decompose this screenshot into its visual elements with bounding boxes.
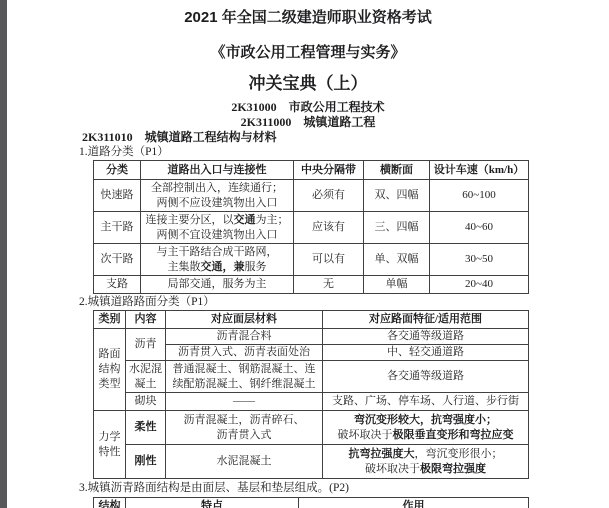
col-header-access: 道路出入口与连接性 (141, 161, 294, 180)
cell-median: 应该有 (294, 212, 364, 244)
col-header-class: 分类 (94, 161, 141, 180)
table-header-row: 分类 道路出入口与连接性 中央分隔带 横断面 设计车速（km/h） (94, 161, 529, 180)
cell-content-cement: 水泥混凝土 (126, 361, 166, 393)
col-header-median: 中央分隔带 (294, 161, 364, 180)
subchapter-code-line: 2K311000 城镇道路工程 (7, 115, 609, 129)
heading-asphalt-structure: 3.城镇沥青路面结构是由面层、基层和垫层组成。(P2) (79, 481, 609, 496)
cell-class: 快速路 (94, 180, 141, 212)
col-header-feature-scope: 对应路面特征/适用范围 (323, 311, 529, 329)
col-header-design-speed: 设计车速（km/h） (430, 161, 529, 180)
cell-content-rigid: 刚性 (126, 445, 166, 479)
cell-cross-section: 单、双幅 (364, 244, 430, 276)
table-row: 主干路 连接主要分区，以交通为主；两侧不宜设建筑物出入口 应该有 三、四幅 40… (94, 212, 529, 244)
chapter-code-line: 2K31000 市政公用工程技术 (7, 100, 609, 115)
cell-median: 无 (294, 276, 364, 294)
cell-median: 必须有 (294, 180, 364, 212)
cell-feature: 抗弯拉强度大，弯沉变形很小；破坏取决于极限弯拉强度 (323, 445, 529, 479)
cell-cross-section: 单幅 (364, 276, 430, 294)
pavement-classification-table: 类别 内容 对应面层材料 对应路面特征/适用范围 路面结构类型 沥青 沥青混合料… (93, 310, 529, 479)
cell-material: 沥青混凝土，沥青碎石、沥青贯入式 (166, 411, 323, 445)
road-classification-table: 分类 道路出入口与连接性 中央分隔带 横断面 设计车速（km/h） 快速路 全部… (93, 160, 529, 294)
section-code-line: 2K311010 城镇道路工程结构与材料 (82, 130, 609, 144)
cell-class: 次干路 (94, 244, 141, 276)
cell-median: 可以有 (294, 244, 364, 276)
col-header-category: 类别 (94, 311, 126, 329)
table-row: 路面结构类型 沥青 沥青混合料 各交通等级道路 (94, 329, 529, 345)
table-header-row: 类别 内容 对应面层材料 对应路面特征/适用范围 (94, 311, 529, 329)
cell-design-speed: 60~100 (430, 180, 529, 212)
asphalt-structure-table: 结构 特点 作用 (93, 497, 529, 508)
cell-material: —— (166, 393, 323, 411)
col-header-surface-material: 对应面层材料 (166, 311, 323, 329)
cell-feature: 各交通等级道路 (323, 329, 529, 345)
book-title: 《市政公用工程管理与实务》 (7, 43, 609, 63)
table-row: 砌块 —— 支路、广场、停车场、人行道、步行街 (94, 393, 529, 411)
table-row: 刚性 水泥混凝土 抗弯拉强度大，弯沉变形很小；破坏取决于极限弯拉强度 (94, 445, 529, 479)
col-header-cross-section: 横断面 (364, 161, 430, 180)
heading-pavement-classification: 2.城镇道路路面分类（P1） (79, 295, 609, 309)
cell-material: 沥青混合料 (166, 329, 323, 345)
cell-class: 支路 (94, 276, 141, 294)
table-header-row: 结构 特点 作用 (94, 498, 529, 508)
cell-feature: 中、轻交通道路 (323, 345, 529, 361)
volume-title: 冲关宝典（上） (7, 73, 609, 95)
viewer-edge-strip (0, 0, 7, 508)
cell-feature: 支路、广场、停车场、人行道、步行街 (323, 393, 529, 411)
cell-material: 水泥混凝土 (166, 445, 323, 479)
cell-feature: 各交通等级道路 (323, 361, 529, 393)
cell-content-block: 砌块 (126, 393, 166, 411)
cell-access: 全部控制出入，连续通行；两侧不应设建筑物出入口 (141, 180, 294, 212)
table-row: 支路 局部交通，服务为主 无 单幅 20~40 (94, 276, 529, 294)
cell-category-structure: 路面结构类型 (94, 329, 126, 411)
document-page: 2021 年全国二级建造师职业资格考试 《市政公用工程管理与实务》 冲关宝典（上… (7, 0, 609, 508)
cell-design-speed: 20~40 (430, 276, 529, 294)
col-header-function: 作用 (299, 498, 529, 508)
cell-category-mechanical: 力学特性 (94, 411, 126, 479)
table-row: 次干路 与主干路结合成干路网，主集散交通，兼服务 可以有 单、双幅 30~50 (94, 244, 529, 276)
cell-feature: 弯沉变形较大，抗弯强度小；破坏取决于极限垂直变形和弯拉应变 (323, 411, 529, 445)
exam-title: 2021 年全国二级建造师职业资格考试 (7, 0, 609, 28)
cell-content-asphalt: 沥青 (126, 329, 166, 361)
cell-content-flexible: 柔性 (126, 411, 166, 445)
table-row: 力学特性 柔性 沥青混凝土，沥青碎石、沥青贯入式 弯沉变形较大，抗弯强度小；破坏… (94, 411, 529, 445)
heading-road-classification: 1.道路分类（P1） (79, 145, 609, 159)
cell-material: 沥青贯入式、沥青表面处治 (166, 345, 323, 361)
cell-access: 连接主要分区，以交通为主；两侧不宜设建筑物出入口 (141, 212, 294, 244)
cell-cross-section: 双、四幅 (364, 180, 430, 212)
table-row: 水泥混凝土 普通混凝土、钢筋混凝土、连续配筋混凝土、钢纤维混凝土 各交通等级道路 (94, 361, 529, 393)
cell-material: 普通混凝土、钢筋混凝土、连续配筋混凝土、钢纤维混凝土 (166, 361, 323, 393)
table-row: 快速路 全部控制出入，连续通行；两侧不应设建筑物出入口 必须有 双、四幅 60~… (94, 180, 529, 212)
cell-access: 与主干路结合成干路网，主集散交通，兼服务 (141, 244, 294, 276)
cell-class: 主干路 (94, 212, 141, 244)
cell-access: 局部交通，服务为主 (141, 276, 294, 294)
cell-design-speed: 40~60 (430, 212, 529, 244)
cell-cross-section: 三、四幅 (364, 212, 430, 244)
col-header-characteristics: 特点 (126, 498, 299, 508)
col-header-content: 内容 (126, 311, 166, 329)
cell-design-speed: 30~50 (430, 244, 529, 276)
col-header-structure: 结构 (94, 498, 126, 508)
